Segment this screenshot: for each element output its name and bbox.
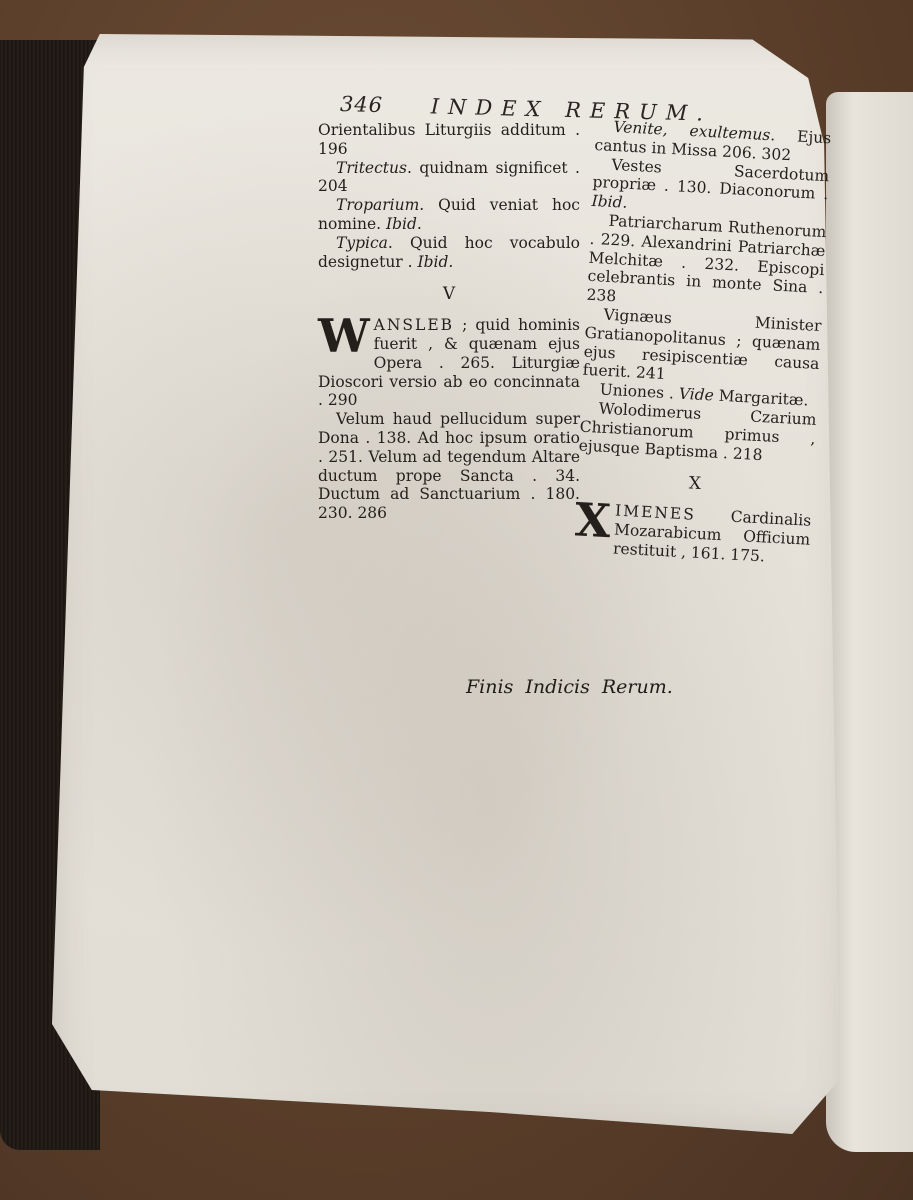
index-entry: Orientalibus Liturgiis additum . 196 xyxy=(318,121,580,159)
entry-term: Troparium xyxy=(336,196,419,214)
index-entry: Patriarcharum Ruthenorum . 229. Alexandr… xyxy=(586,211,827,317)
drop-cap: W xyxy=(318,318,370,354)
index-entry: WANSLEB ; quid hominis fuerit , & quænam… xyxy=(318,316,580,410)
facing-page-edge xyxy=(826,92,913,1152)
index-entry: Vignæus Minister Gratianopolitanus ; quæ… xyxy=(582,305,822,392)
index-entry: Velum haud pellucidum super Dona . 138. … xyxy=(318,410,580,523)
right-column: Venite, exultemus. Ejus cantus in Missa … xyxy=(573,117,832,568)
section-letter-v: V xyxy=(318,285,580,304)
left-column: Orientalibus Liturgiis additum . 196 Tri… xyxy=(318,121,580,523)
index-entry: Tritectus. quidnam significet . 204 xyxy=(318,159,580,197)
drop-cap: X xyxy=(574,502,612,540)
entry-term: Typica xyxy=(336,234,388,252)
finis-line: Finis Indicis Rerum. xyxy=(466,676,673,698)
index-entry: Typica. Quid hoc vocabulo designetur . I… xyxy=(318,234,580,272)
index-entry: Troparium. Quid veniat hoc nomine. Ibid. xyxy=(318,196,580,234)
page-number: 346 xyxy=(340,92,384,117)
index-entry: Wolodimerus Czarium Christianorum primus… xyxy=(578,399,817,468)
entry-term: Tritectus xyxy=(336,159,407,177)
